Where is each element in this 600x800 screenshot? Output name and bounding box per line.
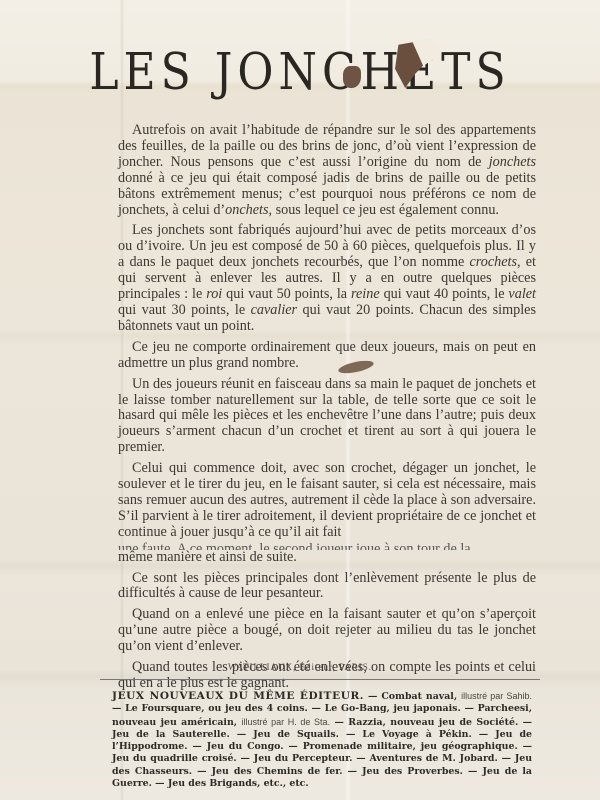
catalog-item: Jeu du quadrille croisé. <box>112 753 237 764</box>
catalog-item: Razzia, nouveau jeu de Société. <box>348 717 518 728</box>
publisher-line: WATILLIAUX, Éditeur, PARIS. <box>0 662 600 672</box>
catalog-list: JEUX NOUVEAUX DU MÊME ÉDITEUR. — Combat … <box>112 690 532 790</box>
catalog-item: Le Foursquare, ou jeu des 4 coins. <box>125 703 308 714</box>
paragraph: Un des joueurs réunit en faisceau dans s… <box>118 377 536 457</box>
paragraph: Quand on a enlevé une pièce en la faisan… <box>118 607 536 655</box>
paragraph: Celui qui commence doit, avec son croche… <box>118 461 536 565</box>
paper-tear <box>343 66 361 88</box>
catalog-heading: JEUX NOUVEAUX DU MÊME ÉDITEUR. <box>112 690 364 702</box>
rules-text: Autrefois on avait l’habitude de répandr… <box>118 123 536 697</box>
catalog-item: Aventures de M. Jobard. <box>370 753 498 764</box>
divider <box>100 679 540 680</box>
page-title: LES JONCHETS <box>0 43 600 102</box>
catalog-item: Jeu des Brigands, etc., etc. <box>168 778 309 789</box>
catalog-item-note: illustré par H. de Sta. <box>241 717 330 727</box>
catalog-item: Jeu du Congo. <box>207 741 284 752</box>
paragraph: Autrefois on avait l’habitude de répandr… <box>118 123 536 218</box>
catalog-item: Jeu des Proverbes. <box>362 766 463 777</box>
catalog-item: Le Voyage à Pékin. <box>362 729 471 740</box>
catalog-item: Promenade militaire, jeu géographique. <box>303 741 518 752</box>
catalog-item-note: illustré par Sahib. <box>461 691 532 701</box>
catalog-item: Jeu de Squails. <box>253 729 339 740</box>
catalog-item: Jeu des Chemins de fer. <box>212 766 343 777</box>
catalog-item: Jeu du Percepteur. <box>254 753 353 764</box>
paragraph: Ce jeu ne comporte ordinairement que deu… <box>118 340 536 372</box>
catalog-item: Le Go-Bang, jeu japonais. <box>325 703 461 714</box>
paragraph: Les jonchets sont fabriqués aujourd’hui … <box>118 223 536 334</box>
catalog-item: Jeu de la Sauterelle. <box>112 729 230 740</box>
paragraph: Ce sont les pièces principales dont l’en… <box>118 571 536 603</box>
catalog-item: Combat naval, <box>381 691 457 702</box>
